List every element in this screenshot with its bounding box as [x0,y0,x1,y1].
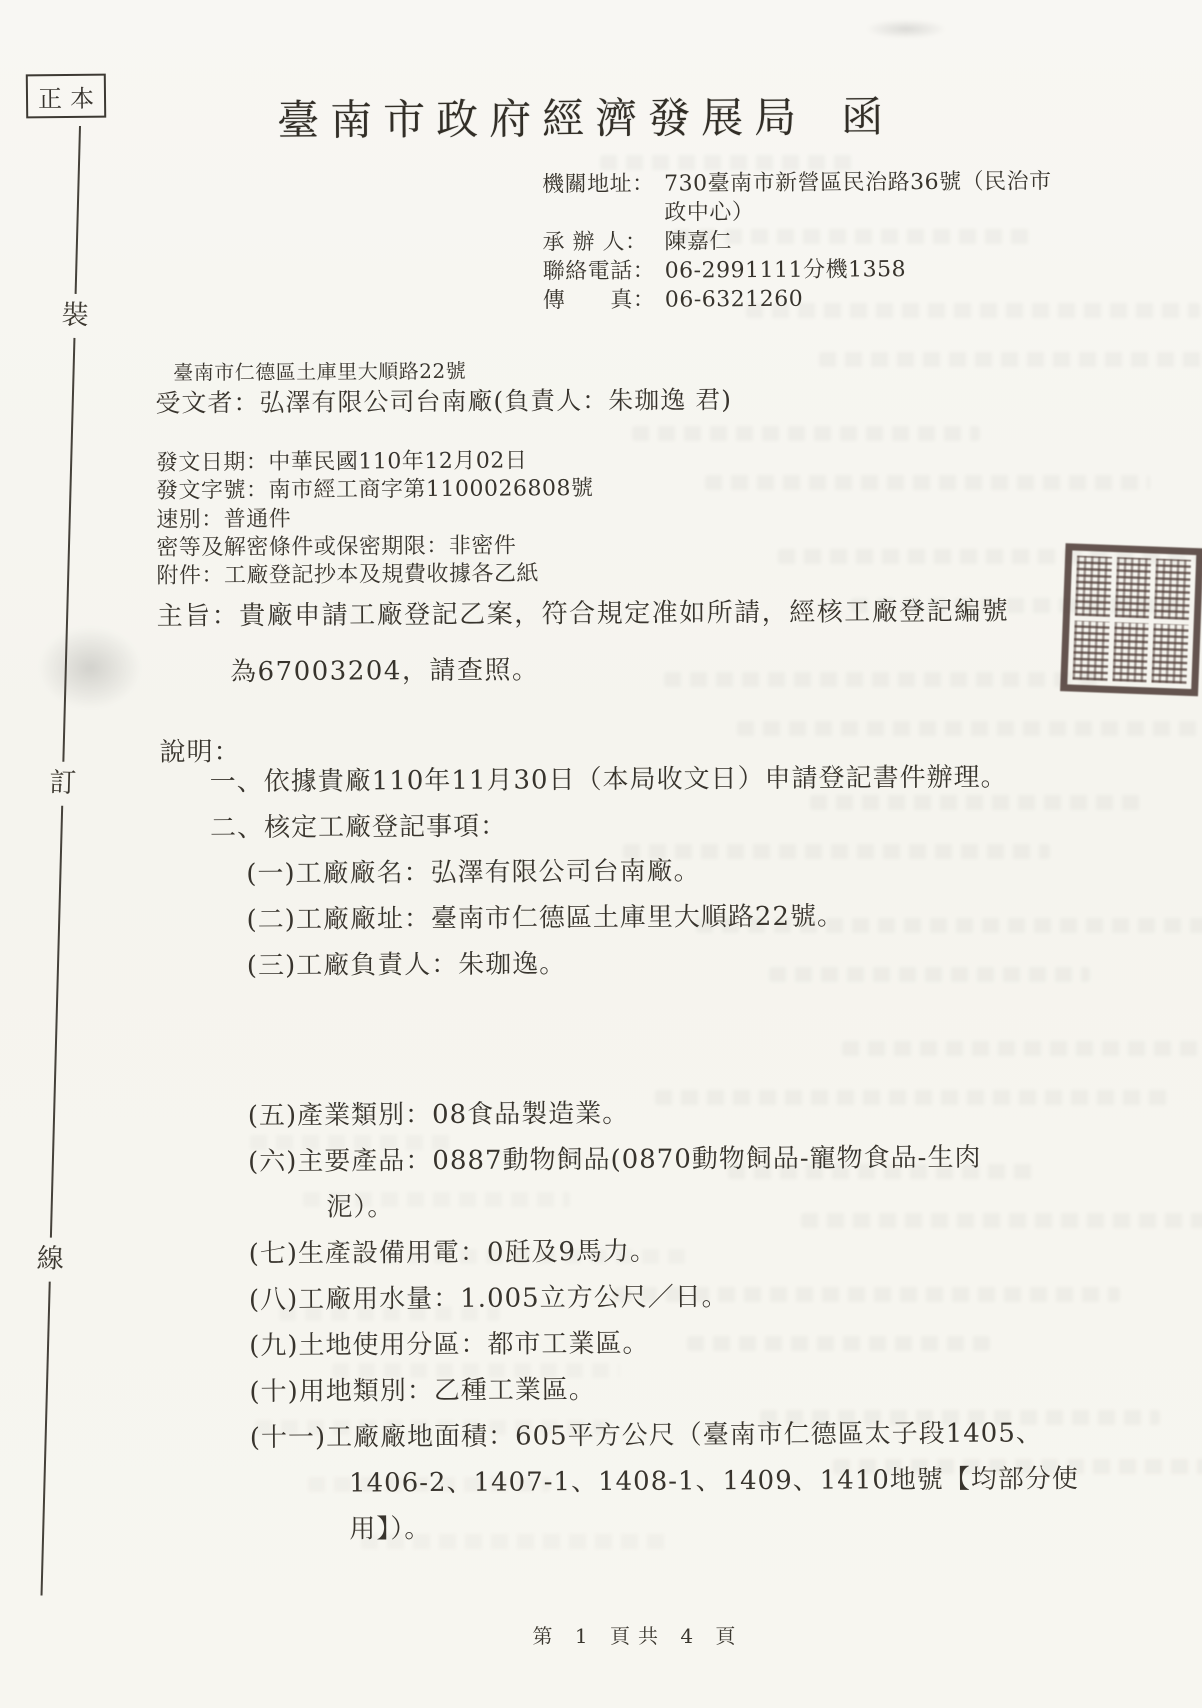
explanation-list: 一、依據貴廠110年11月30日（本局收文日）申請登記書件辦理。二、核定工廠登記… [158,754,1080,1554]
explanation-item: 泥）。 [160,1180,1077,1232]
explanation-item: (一)工廠廠名：弘澤有限公司台南廠。 [158,846,1075,898]
seal-pattern-cell [1075,556,1112,617]
doc-type-label: 函 [841,92,894,141]
priority-line: 速別：普通件 [156,502,291,534]
letter-title-row: 臺南市政府經濟發展局函 [36,83,1136,150]
fax-label: 傳 真： [543,286,665,316]
explanation-item: (六)主要產品：0887動物飼品(0870動物飼品-寵物食品-生肉 [160,1134,1077,1186]
doc-number-line: 發文字號：南市經工商字第1100026808號 [156,471,594,505]
agency-info-block: 機關地址： 730臺南市新營區民治路36號（民治市 政中心） 承 辦 人： 陳嘉… [542,167,1052,315]
explanation-item: (七)生產設備用電：0瓩及9馬力。 [161,1226,1078,1278]
agency-address-line2: 政中心） [664,196,1052,227]
agency-address-label: 機關地址： [542,170,664,229]
seal-pattern-cell [1152,623,1189,684]
agency-name: 臺南市政府經濟發展局 [277,93,807,145]
contact-person-label: 承 辦 人： [542,228,664,258]
explanation-item: 一、依據貴廠110年11月30日（本局收文日）申請登記書件辦理。 [158,754,1075,806]
official-seal-stamp [1060,543,1202,696]
explanation-item: (十一)工廠廠地面積：605平方公尺（臺南市仁德區太子段1405、 [162,1410,1079,1462]
seal-pattern-cell [1073,620,1110,681]
explanation-item: (九)土地使用分區：都市工業區。 [161,1318,1078,1370]
scanned-letter-page: 正本 裝 訂 線 臺南市政府經濟發展局函 機關地址： 730臺南市新營區民治路3… [0,0,1202,1708]
explanation-item: 1406-2、1407-1、1408-1、1409、1410地號【均部分使 [162,1456,1079,1508]
phone-value: 06-2991111分機1358 [665,255,907,285]
explanation-item: (十)用地類別：乙種工業區。 [161,1364,1078,1416]
subject-line-1: 主旨：貴廠申請工廠登記乙案，符合規定准如所請，經核工廠登記編號 [157,590,1010,632]
fax-row: 傳 真： 06-6321260 [543,283,1053,315]
agency-address-line1: 730臺南市新營區民治路36號（民治市 [664,167,1052,198]
seal-pattern-cell [1112,622,1149,683]
seal-pattern-cell [1154,559,1191,620]
explanation-item: (三)工廠負責人：朱珈逸。 [159,938,1076,990]
explanation-item: (二)工廠廠址：臺南市仁德區土庫里大順路22號。 [158,892,1075,944]
fax-value: 06-6321260 [665,285,804,315]
subject-line-2: 為67003204，請查照。 [230,649,540,688]
explanation-item: 二、核定工廠登記事項： [158,800,1075,852]
contact-person-value: 陳嘉仁 [664,227,732,256]
agency-address-row: 機關地址： 730臺南市新營區民治路36號（民治市 政中心） [542,167,1052,228]
letter-content: 臺南市政府經濟發展局函 機關地址： 730臺南市新營區民治路36號（民治市 政中… [0,0,1202,1708]
page-number-footer: 第 1 頁共 4 頁 [0,1620,1202,1649]
explanation-item: (八)工廠用水量：1.005立方公尺／日。 [161,1272,1078,1324]
recipient-address: 臺南市仁德區土庫里大順路22號 [173,355,466,386]
phone-row: 聯絡電話： 06-2991111分機1358 [543,254,1053,286]
recipient-line: 受文者：弘澤有限公司台南廠(負責人：朱珈逸 君) [155,380,732,420]
explanation-item: 用】）。 [162,1502,1079,1554]
explanation-item: (五)產業類別：08食品製造業。 [160,1088,1077,1140]
seal-pattern-cell [1115,557,1152,618]
contact-person-row: 承 辦 人： 陳嘉仁 [542,225,1052,257]
attachment-line: 附件：工廠登記抄本及規費收據各乙紙 [156,556,539,589]
phone-label: 聯絡電話： [543,257,665,287]
